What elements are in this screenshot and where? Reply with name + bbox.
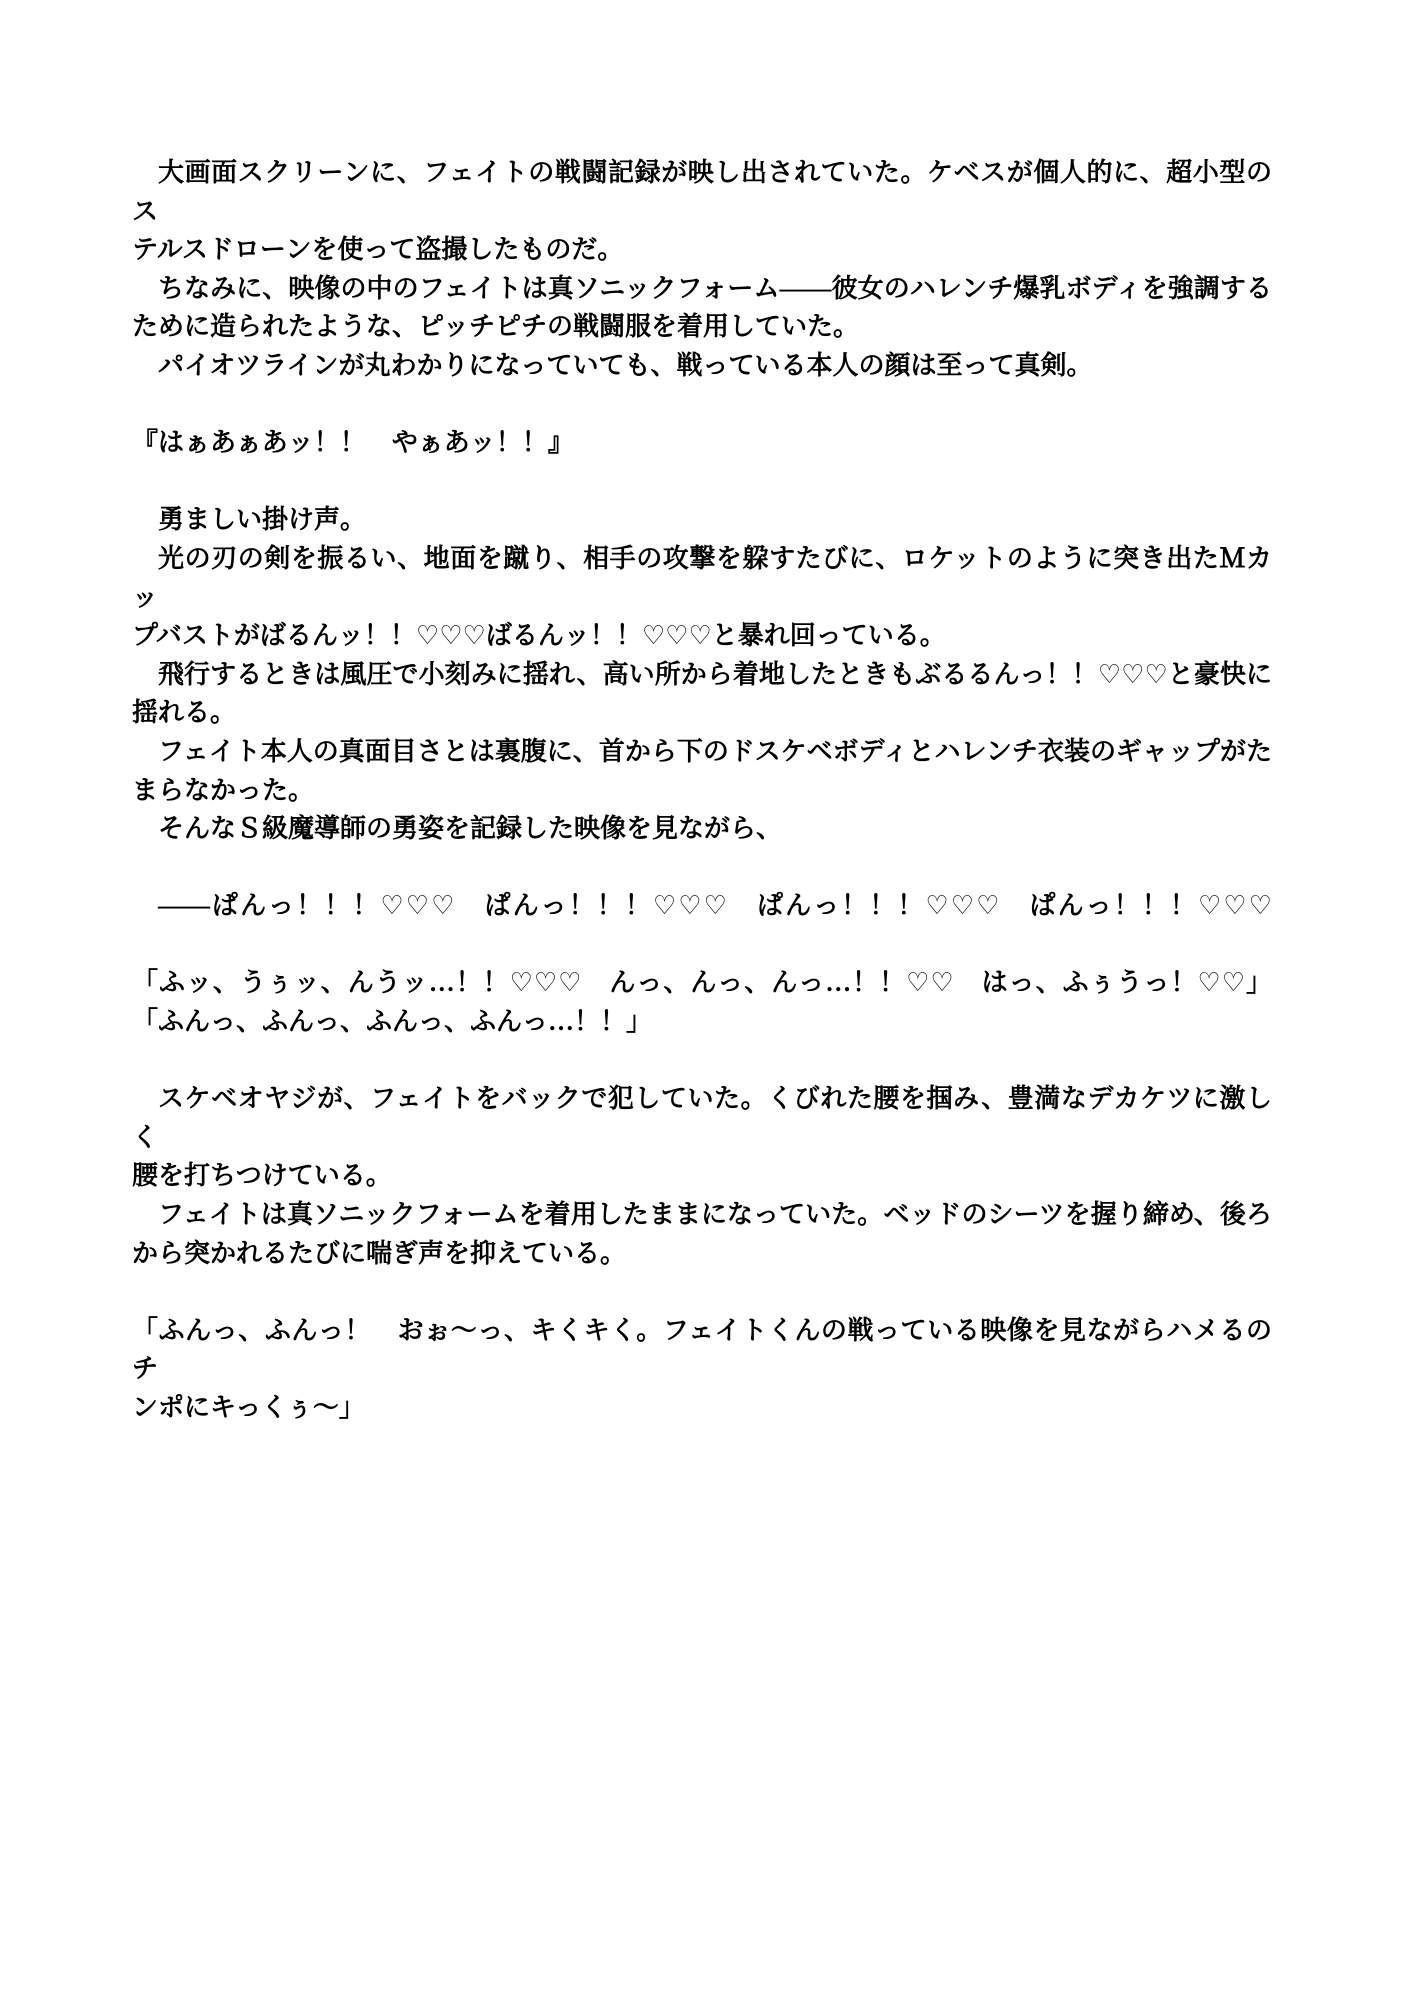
text-line: まらなかった。	[132, 772, 1272, 811]
text-line: 揺れる。	[132, 694, 1272, 733]
text-line: ちなみに、映像の中のフェイトは真ソニックフォーム――彼女のハレンチ爆乳ボディを強…	[132, 270, 1272, 309]
text-line: フェイトは真ソニックフォームを着用したままになっていた。ベッドのシーツを握り締め…	[132, 1196, 1272, 1235]
text-line: ために造られたような、ピッチピチの戦闘服を着用していた。	[132, 308, 1272, 347]
text-line: テルスドローンを使って盗撮したものだ。	[132, 231, 1272, 270]
blank-line	[132, 1273, 1272, 1312]
document-page: 大画面スクリーンに、フェイトの戦闘記録が映し出されていた。ケベスが個人的に、超小…	[0, 0, 1417, 2000]
text-line: 『はぁあぁあッ！！ やぁあッ！！』	[132, 424, 1272, 463]
text-line: 「ふんっ、ふんっ！ おぉ～っ、キくキく。フェイトくんの戦っている映像を見ながらハ…	[132, 1312, 1272, 1389]
text-line: から突かれるたびに喘ぎ声を抑えている。	[132, 1235, 1272, 1274]
text-line: ンポにキっくぅ～」	[132, 1389, 1272, 1428]
blank-line	[132, 386, 1272, 425]
text-block: 大画面スクリーンに、フェイトの戦闘記録が映し出されていた。ケベスが個人的に、超小…	[132, 154, 1272, 1428]
blank-line	[132, 463, 1272, 502]
text-line: 大画面スクリーンに、フェイトの戦闘記録が映し出されていた。ケベスが個人的に、超小…	[132, 154, 1272, 231]
text-line: パイオツラインが丸わかりになっていても、戦っている本人の顔は至って真剣。	[132, 347, 1272, 386]
blank-line	[132, 849, 1272, 888]
text-line: プバストがばるんッ！！♡♡♡ばるんッ！！♡♡♡と暴れ回っている。	[132, 617, 1272, 656]
text-line: 「ふんっ、ふんっ、ふんっ、ふんっ…！！」	[132, 1003, 1272, 1042]
text-line: 腰を打ちつけている。	[132, 1157, 1272, 1196]
text-line: そんなＳ級魔導師の勇姿を記録した映像を見ながら、	[132, 810, 1272, 849]
text-line: ――ぱんっ！！！♡♡♡ ぱんっ！！！♡♡♡ ぱんっ！！！♡♡♡ ぱんっ！！！♡♡…	[132, 887, 1272, 926]
text-line: 光の刃の剣を振るい、地面を蹴り、相手の攻撃を躱すたびに、ロケットのように突き出た…	[132, 540, 1272, 617]
blank-line	[132, 1042, 1272, 1081]
text-line: フェイト本人の真面目さとは裏腹に、首から下のドスケベボディとハレンチ衣装のギャッ…	[132, 733, 1272, 772]
blank-line	[132, 926, 1272, 965]
text-line: スケベオヤジが、フェイトをバックで犯していた。くびれた腰を掴み、豊満なデカケツに…	[132, 1080, 1272, 1157]
text-line: 「ふッ、うぅッ、んうッ…！！♡♡♡ んっ、んっ、んっ…！！♡♡ はっ、ふぅうっ！…	[132, 964, 1272, 1003]
text-line: 飛行するときは風圧で小刻みに揺れ、高い所から着地したときもぶるるんっ！！♡♡♡と…	[132, 656, 1272, 695]
text-line: 勇ましい掛け声。	[132, 501, 1272, 540]
